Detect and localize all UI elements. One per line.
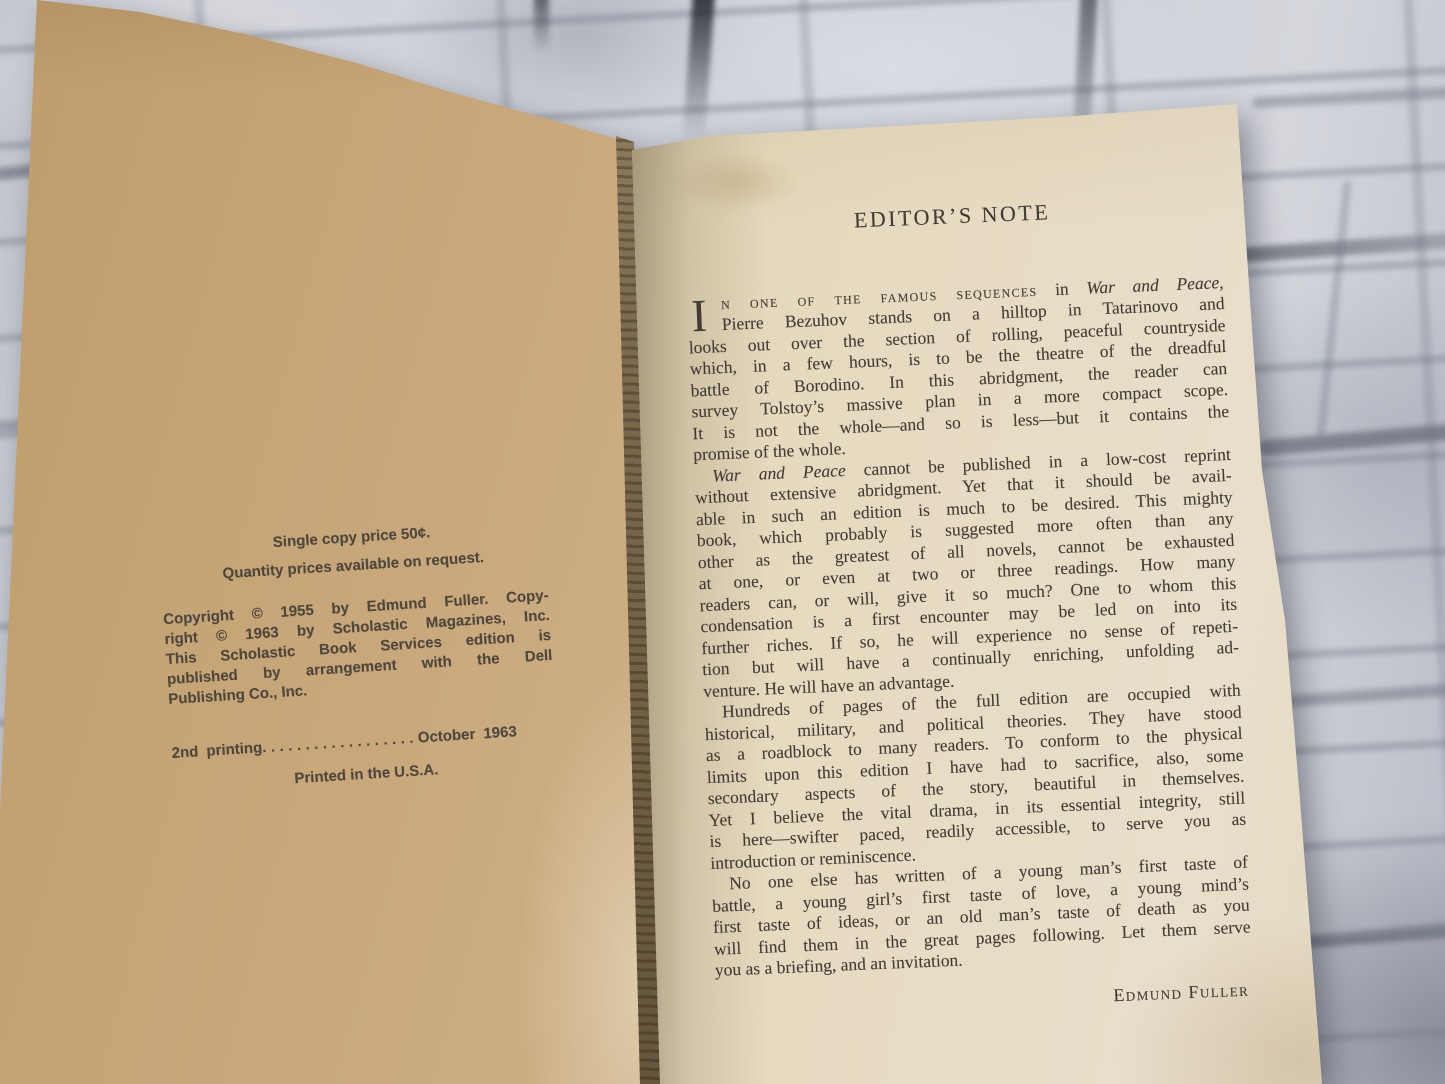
paragraph: Hundreds of pages of the full edition ar… <box>704 680 1248 874</box>
printing-date: October 1963 <box>417 723 517 746</box>
paragraph: War and Peace cannot be published in a l… <box>694 443 1240 702</box>
editors-note-body: In one of the famous sequences in War an… <box>687 272 1252 982</box>
open-book: Single copy price 50¢. Quantity prices a… <box>0 0 1445 1084</box>
printing-label: 2nd printing <box>171 739 263 762</box>
paragraph: No one else has written of a young man’s… <box>711 852 1252 982</box>
book-photo-scene: Single copy price 50¢. Quantity prices a… <box>0 0 1445 1084</box>
right-page-text: EDITOR’S NOTE In one of the famous seque… <box>683 194 1253 1023</box>
left-page-text: Single copy price 50¢. Quantity prices a… <box>158 516 559 797</box>
drop-cap: I <box>691 296 708 335</box>
text-segment: in <box>1037 277 1087 299</box>
paragraph: In one of the famous sequences in War an… <box>687 272 1231 466</box>
copyright-block: Copyright © 1955 by Edmund Fuller. Copy-… <box>163 586 555 710</box>
dot-leader: .................. <box>262 729 419 756</box>
